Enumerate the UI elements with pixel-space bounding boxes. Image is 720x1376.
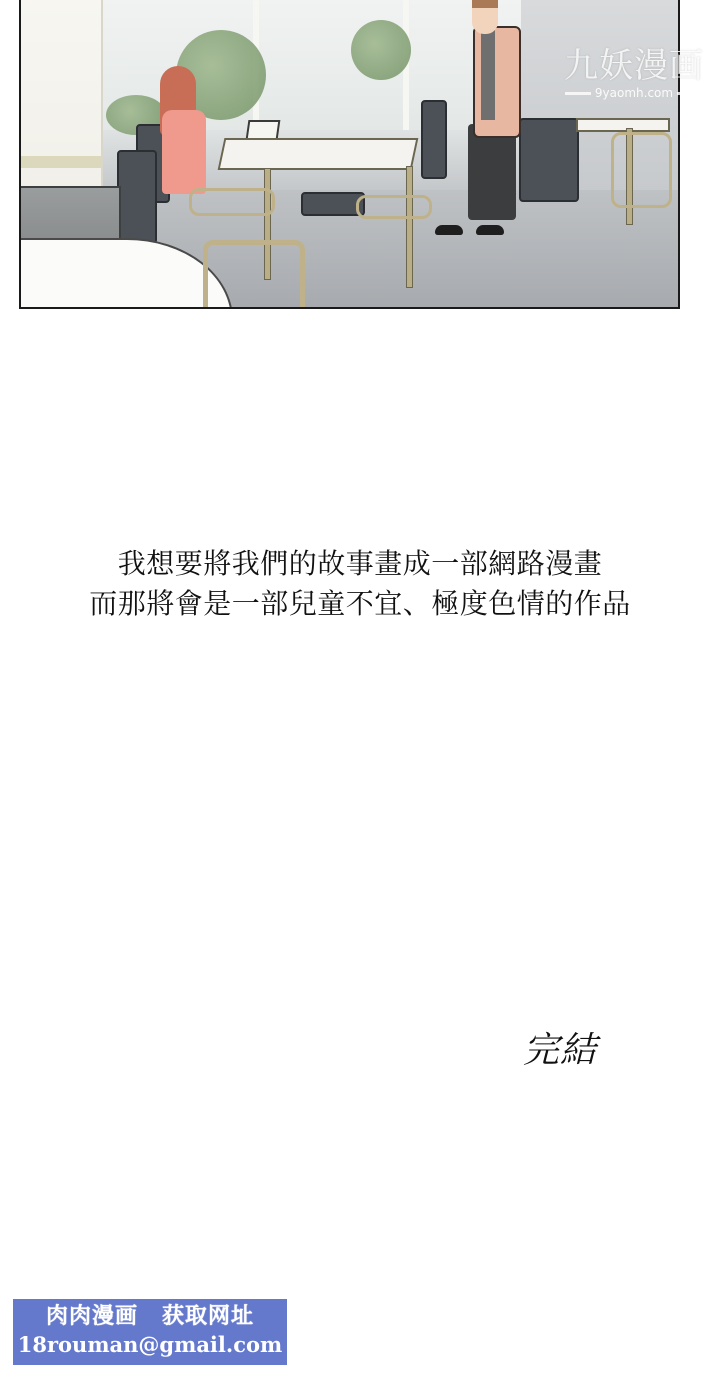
divider (677, 92, 703, 95)
watermark-url: 9yaomh.com (595, 86, 673, 100)
man-shoe (476, 225, 504, 235)
banner-email[interactable]: 18rouman@gmail.com (13, 1332, 287, 1358)
caption-line: 而那將會是一部兒童不宜、極度色情的作品 (0, 584, 720, 624)
chair (203, 240, 305, 309)
table (576, 118, 670, 132)
chair (189, 188, 275, 216)
banner-title: 肉肉漫画获取网址 (13, 1302, 287, 1332)
watermark-url-row: 9yaomh.com (554, 86, 714, 100)
banner-cta: 获取网址 (162, 1302, 254, 1332)
divider (565, 92, 591, 95)
caption-line: 我想要將我們的故事畫成一部網路漫畫 (0, 544, 720, 584)
baseboard (21, 156, 101, 168)
woman-figure (162, 110, 206, 194)
banner-site-name: 肉肉漫画 (46, 1302, 138, 1332)
table (218, 138, 419, 170)
plant (351, 20, 411, 80)
table-leg (406, 166, 413, 288)
watermark-title: 九妖漫画 (554, 48, 714, 84)
man-shoe (435, 225, 463, 235)
man-pants (468, 124, 516, 220)
ad-banner[interactable]: 肉肉漫画获取网址 18rouman@gmail.com (13, 1299, 287, 1365)
chair (356, 195, 432, 219)
the-end-label: 完結 (523, 1022, 597, 1073)
watermark: 九妖漫画 9yaomh.com (554, 48, 714, 100)
narration-caption: 我想要將我們的故事畫成一部網路漫畫 而那將會是一部兒童不宜、極度色情的作品 (0, 544, 720, 624)
man-head (472, 0, 498, 34)
chair (117, 150, 157, 244)
man-shirt (481, 30, 495, 120)
chair (611, 132, 672, 208)
chair (421, 100, 447, 179)
chair (519, 118, 579, 202)
